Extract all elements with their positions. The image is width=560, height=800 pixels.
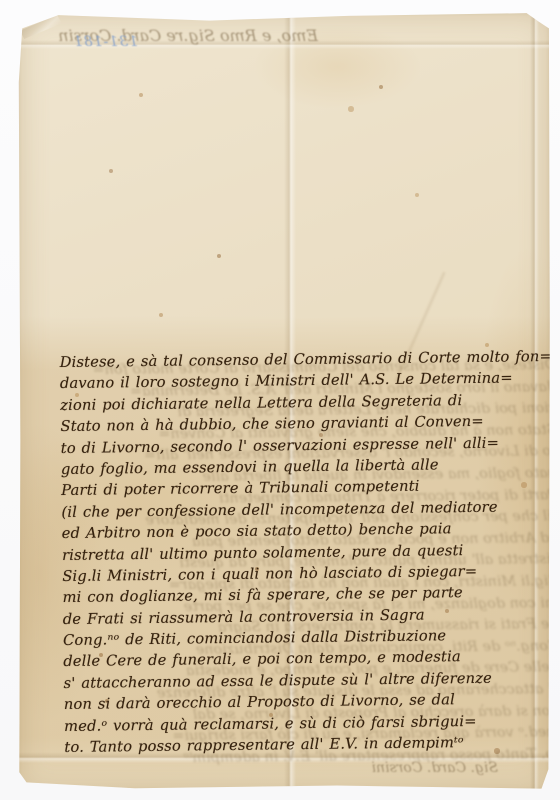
show-through-docket-line: Sig. Card. Corsini (268, 760, 498, 776)
letter-page: Emo, e Rmo Sig.re Card. Corsini 131-181 … (18, 12, 550, 791)
scan-background: { "scan": { "background_color": "#fbfbfc… (0, 0, 560, 800)
foxing-speckles (18, 12, 20, 14)
archive-number-annotation: 131-181 (48, 34, 138, 50)
document-scan: Emo, e Rmo Sig.re Card. Corsini 131-181 … (0, 0, 560, 800)
letter-body: Distese, e sà tal consenso del Commissar… (60, 346, 557, 758)
